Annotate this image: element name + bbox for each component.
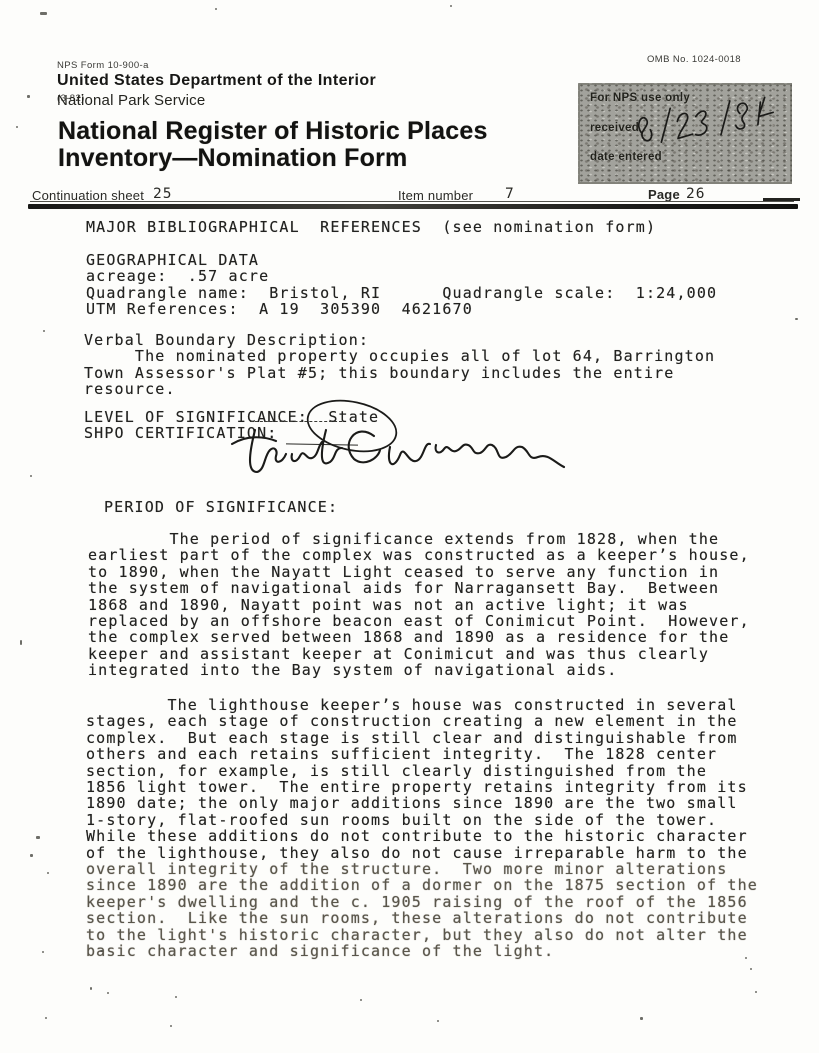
form-title: National Register of Historic Places Inv… [58,118,488,172]
period-paragraph-2: The lighthouse keeper’s house was constr… [86,697,758,960]
speck [47,872,49,874]
speck [745,957,747,959]
speck [30,854,33,857]
period-paragraph-2-faded: overall integrity of the structure. Two … [86,860,758,960]
continuation-bar-thin-rule [30,201,794,202]
speck [170,1025,172,1027]
continuation-bar-thick-rule [28,204,798,209]
speck [45,1017,47,1019]
shpo-signature-handwriting [228,414,573,484]
received-date-handwriting [627,80,783,155]
speck [42,951,44,953]
item-number-value: 7 [505,186,515,202]
speck [90,987,92,990]
period-paragraph-1: The period of significance extends from … [88,531,750,679]
form-number-text: NPS Form 10-900-a [57,60,149,71]
speck [36,836,40,839]
rule-right-overhang [763,198,800,201]
speck [40,12,47,15]
continuation-sheet-value: 25 [153,186,172,202]
speck [30,475,32,477]
department-title: United States Department of the Interior [57,72,376,90]
speck [43,330,45,332]
period-of-significance-heading: PERIOD OF SIGNIFICANCE: [104,499,338,515]
speck [360,999,362,1001]
speck [107,992,109,994]
speck [215,8,217,10]
period-paragraph-2-clear: The lighthouse keeper’s house was constr… [86,696,748,862]
agency-title: National Park Service [57,92,205,109]
bibliographical-references-text: MAJOR BIBLIOGRAPHICAL REFERENCES (see no… [86,219,656,235]
speck [795,318,798,320]
speck [20,640,22,645]
form-title-line2: Inventory—Nomination Form [58,145,488,172]
speck [16,126,18,128]
page-label: Page [648,187,680,202]
scanned-nomination-form-page: NPS Form 10-900-a (3-82) OMB No. 1024-00… [0,0,819,1053]
speck [450,5,452,7]
omb-number-text: OMB No. 1024-0018 [647,54,741,65]
form-title-line1: National Register of Historic Places [58,118,488,145]
speck [640,1017,643,1020]
speck [755,991,757,993]
page-value: 26 [686,186,705,202]
speck [175,996,177,998]
verbal-boundary-description-text: Verbal Boundary Description: The nominat… [84,332,715,398]
speck [100,950,103,952]
nps-use-only-box: For NPS use only received date entered [578,83,792,184]
speck [750,968,752,970]
speck [27,95,30,98]
speck [437,1020,439,1022]
date-entered-label: date entered [590,151,662,163]
geographical-data-text: GEOGRAPHICAL DATA acreage: .57 acre Quad… [86,252,717,318]
